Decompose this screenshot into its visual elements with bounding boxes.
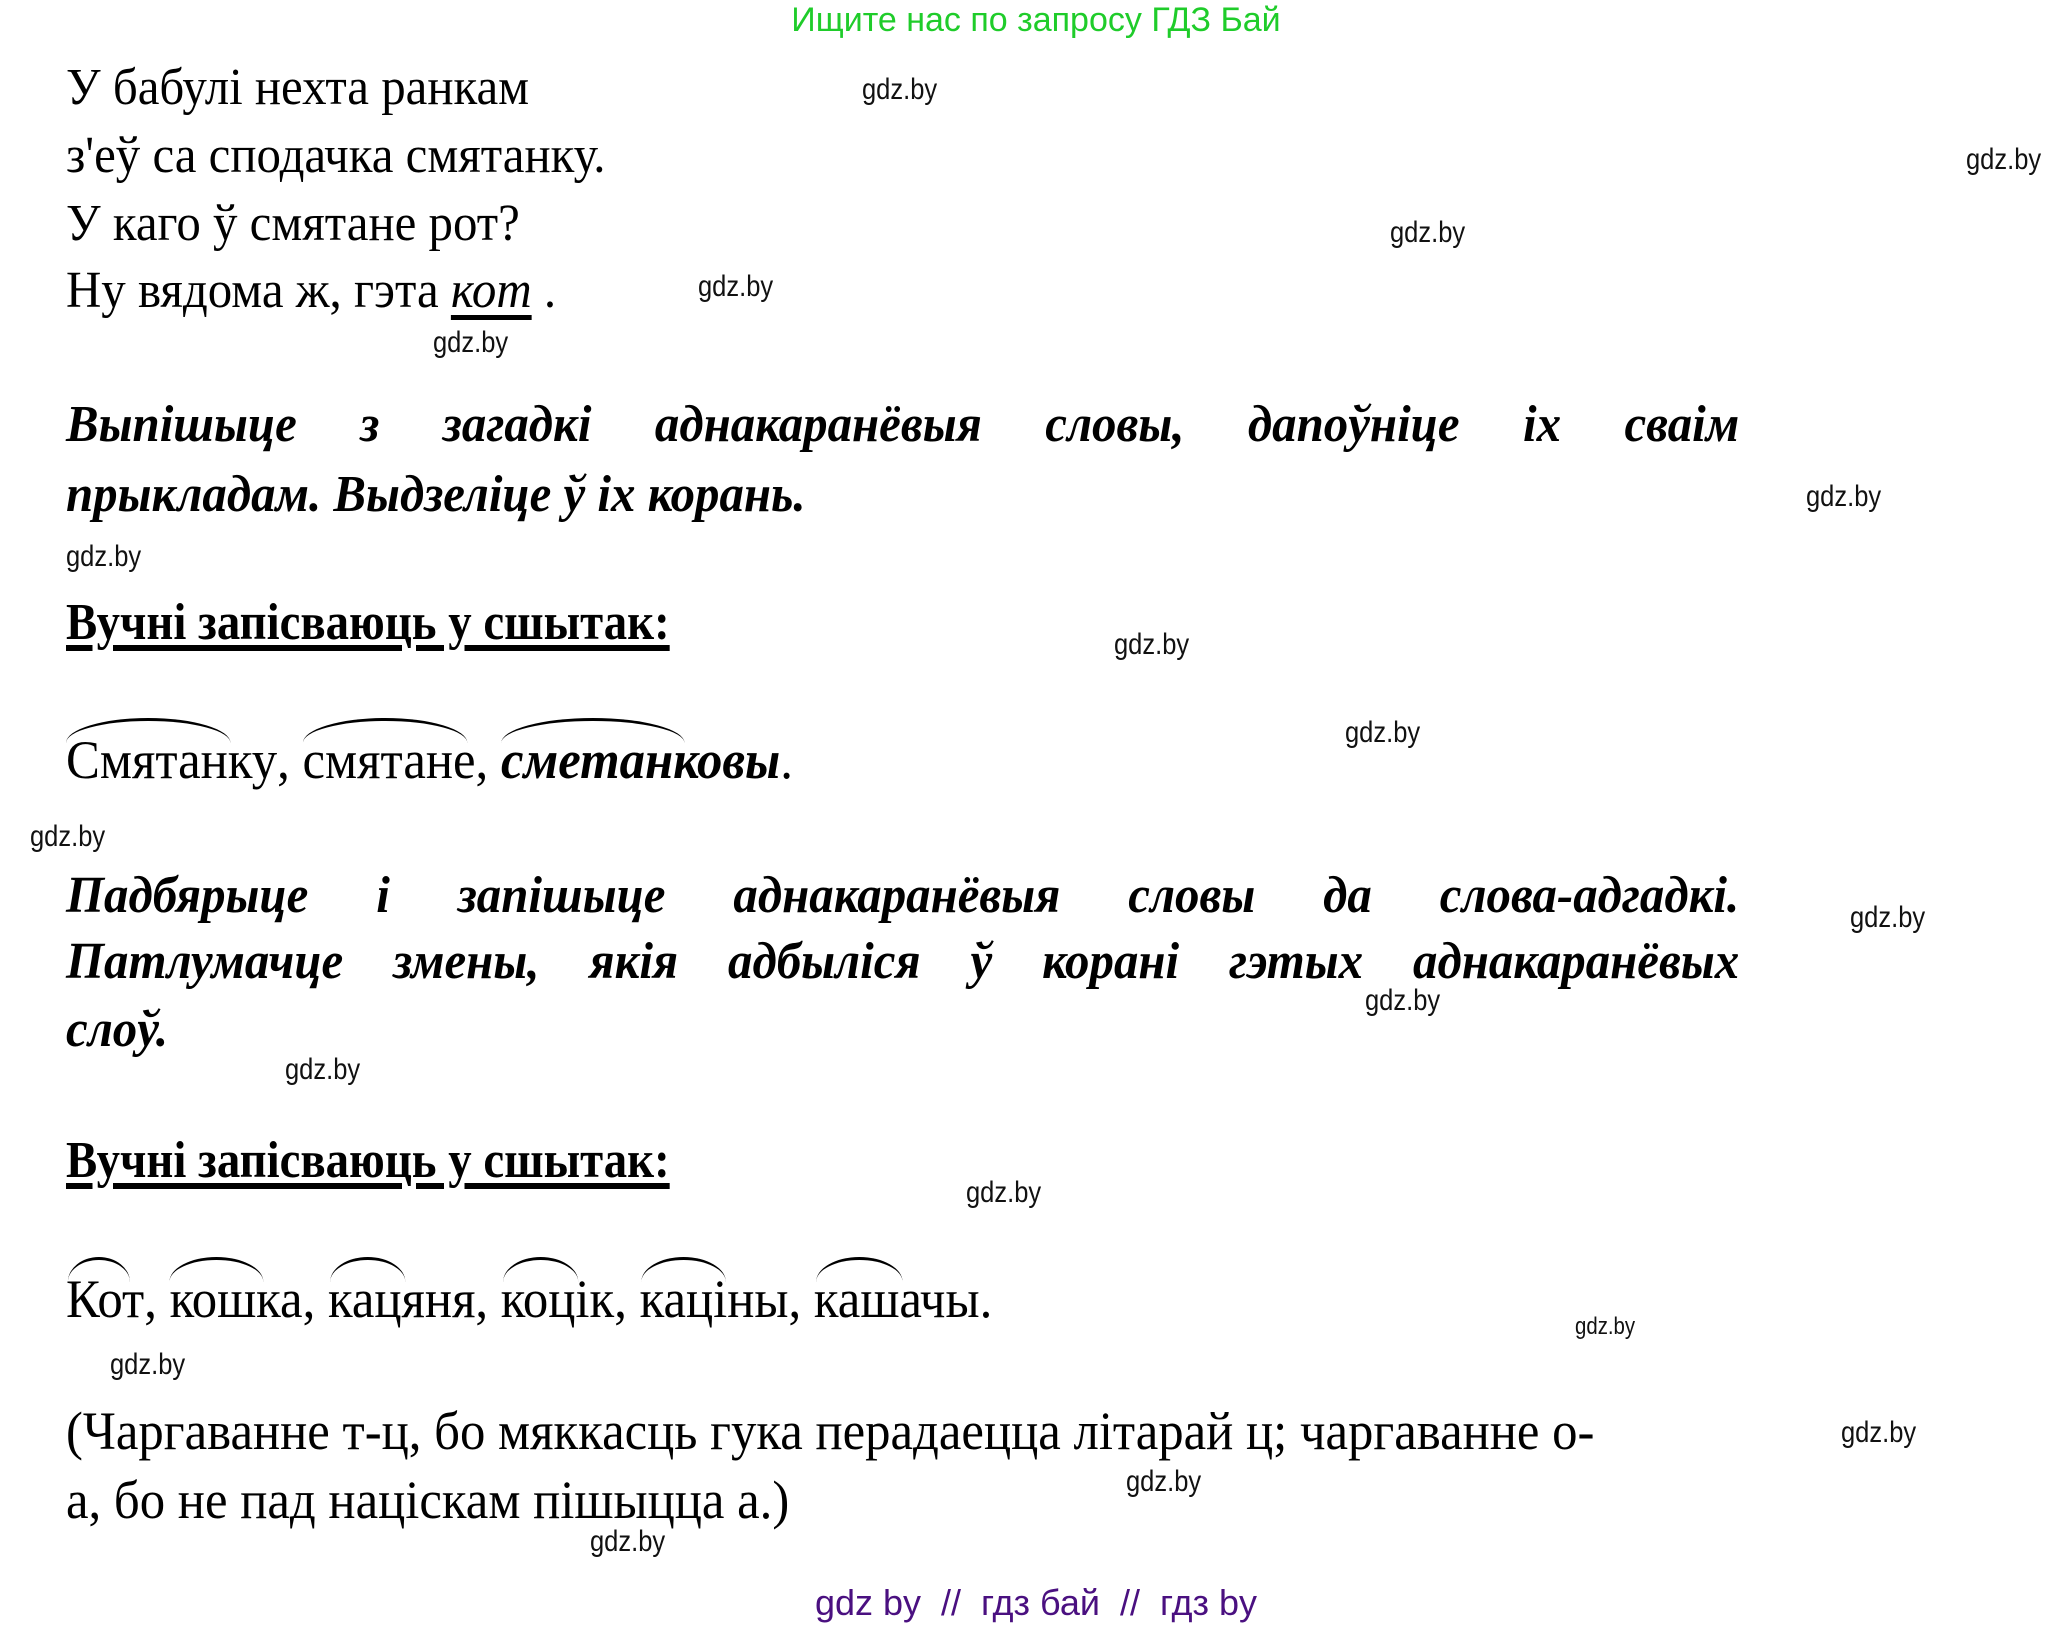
watermark: gdz.by — [1841, 1416, 1916, 1450]
root-arc-icon — [816, 1257, 902, 1282]
watermark: gdz.by — [1966, 143, 2041, 177]
watermark: gdz.by — [1126, 1465, 1201, 1499]
root-arc-icon — [641, 1257, 726, 1282]
poem-line-1: У бабулі нехта ранкам — [66, 58, 529, 118]
root-arc-icon — [503, 1257, 578, 1282]
header-banner: Ищите нас по запросу ГДЗ Бай — [0, 0, 2072, 40]
watermark: gdz.by — [698, 270, 773, 304]
poem-line-4: Ну вядома ж, гэта кот . — [66, 261, 556, 321]
watermark: gdz.by — [1365, 984, 1440, 1018]
watermark: gdz.by — [590, 1525, 665, 1559]
watermark: gdz.by — [1806, 480, 1881, 514]
watermark: gdz.by — [862, 73, 937, 107]
root-word: кашачы — [814, 1267, 980, 1331]
watermark: gdz.by — [30, 820, 105, 854]
watermark: gdz.by — [110, 1348, 185, 1382]
root-arc-icon — [303, 718, 468, 743]
watermark: gdz.by — [1390, 216, 1465, 250]
watermark: gdz.by — [1114, 628, 1189, 662]
root-word: смятане — [303, 728, 476, 792]
watermark: gdz.by — [1345, 716, 1420, 750]
root-word: Кот — [66, 1267, 144, 1331]
task1-line-2: прыкладам. Выдзеліце ў іх корань. — [66, 463, 1739, 527]
root-word: кацiны — [640, 1267, 789, 1331]
root-word: коцік — [501, 1267, 614, 1331]
watermark: gdz.by — [433, 326, 508, 360]
root-arc-icon — [330, 1257, 405, 1282]
watermark: gdz.by — [1575, 1313, 1635, 1341]
watermark: gdz.by — [66, 540, 141, 574]
root-arc-icon — [66, 718, 231, 743]
root-arc-icon — [68, 1257, 130, 1282]
riddle-answer: кот — [451, 262, 532, 319]
section-heading-2: Вучні запісваюць у сшытак: — [66, 1131, 670, 1191]
explanation-line-1: (Чаргаванне т-ц, бо мяккасць гука перада… — [66, 1399, 1594, 1463]
root-arc-icon — [501, 718, 684, 743]
root-word: кошка — [170, 1267, 303, 1331]
task1-line-1: Выпішыце з загадкі аднакаранёвыя словы, … — [66, 393, 1739, 457]
section-heading-1: Вучні запісваюць у сшытак: — [66, 593, 670, 653]
watermark: gdz.by — [966, 1176, 1041, 1210]
root-arc-icon — [170, 1257, 264, 1282]
task2-line-2: Патлумачце змены, якія адбыліся ў корані… — [66, 930, 1739, 994]
root-word: кацяня — [328, 1267, 475, 1331]
root-word: сметанковы — [501, 728, 780, 792]
task2-line-1: Падбярыце і запішыце аднакаранёвыя словы… — [66, 864, 1739, 928]
watermark: gdz.by — [285, 1053, 360, 1087]
explanation-line-2: а, бо не пад націскам пішыцца а.) — [66, 1468, 789, 1532]
poem-line-2: з'еў са сподачка смятанку. — [66, 126, 605, 186]
footer-links: gdz by // гдз бай // гдз by — [0, 1582, 2072, 1624]
watermark: gdz.by — [1850, 901, 1925, 935]
answer1-line: Смятанку, смятане, сметанковы. — [66, 728, 793, 792]
root-word: Смятанку — [66, 728, 277, 792]
poem-line-3: У каго ў смятане рот? — [66, 194, 520, 254]
poem-line-4-suffix: . — [532, 262, 556, 319]
poem-line-4-prefix: Ну вядома ж, гэта — [66, 262, 451, 319]
answer2-line: Кот, кошка, кацяня, коцік, кацiны, кашач… — [66, 1267, 992, 1331]
